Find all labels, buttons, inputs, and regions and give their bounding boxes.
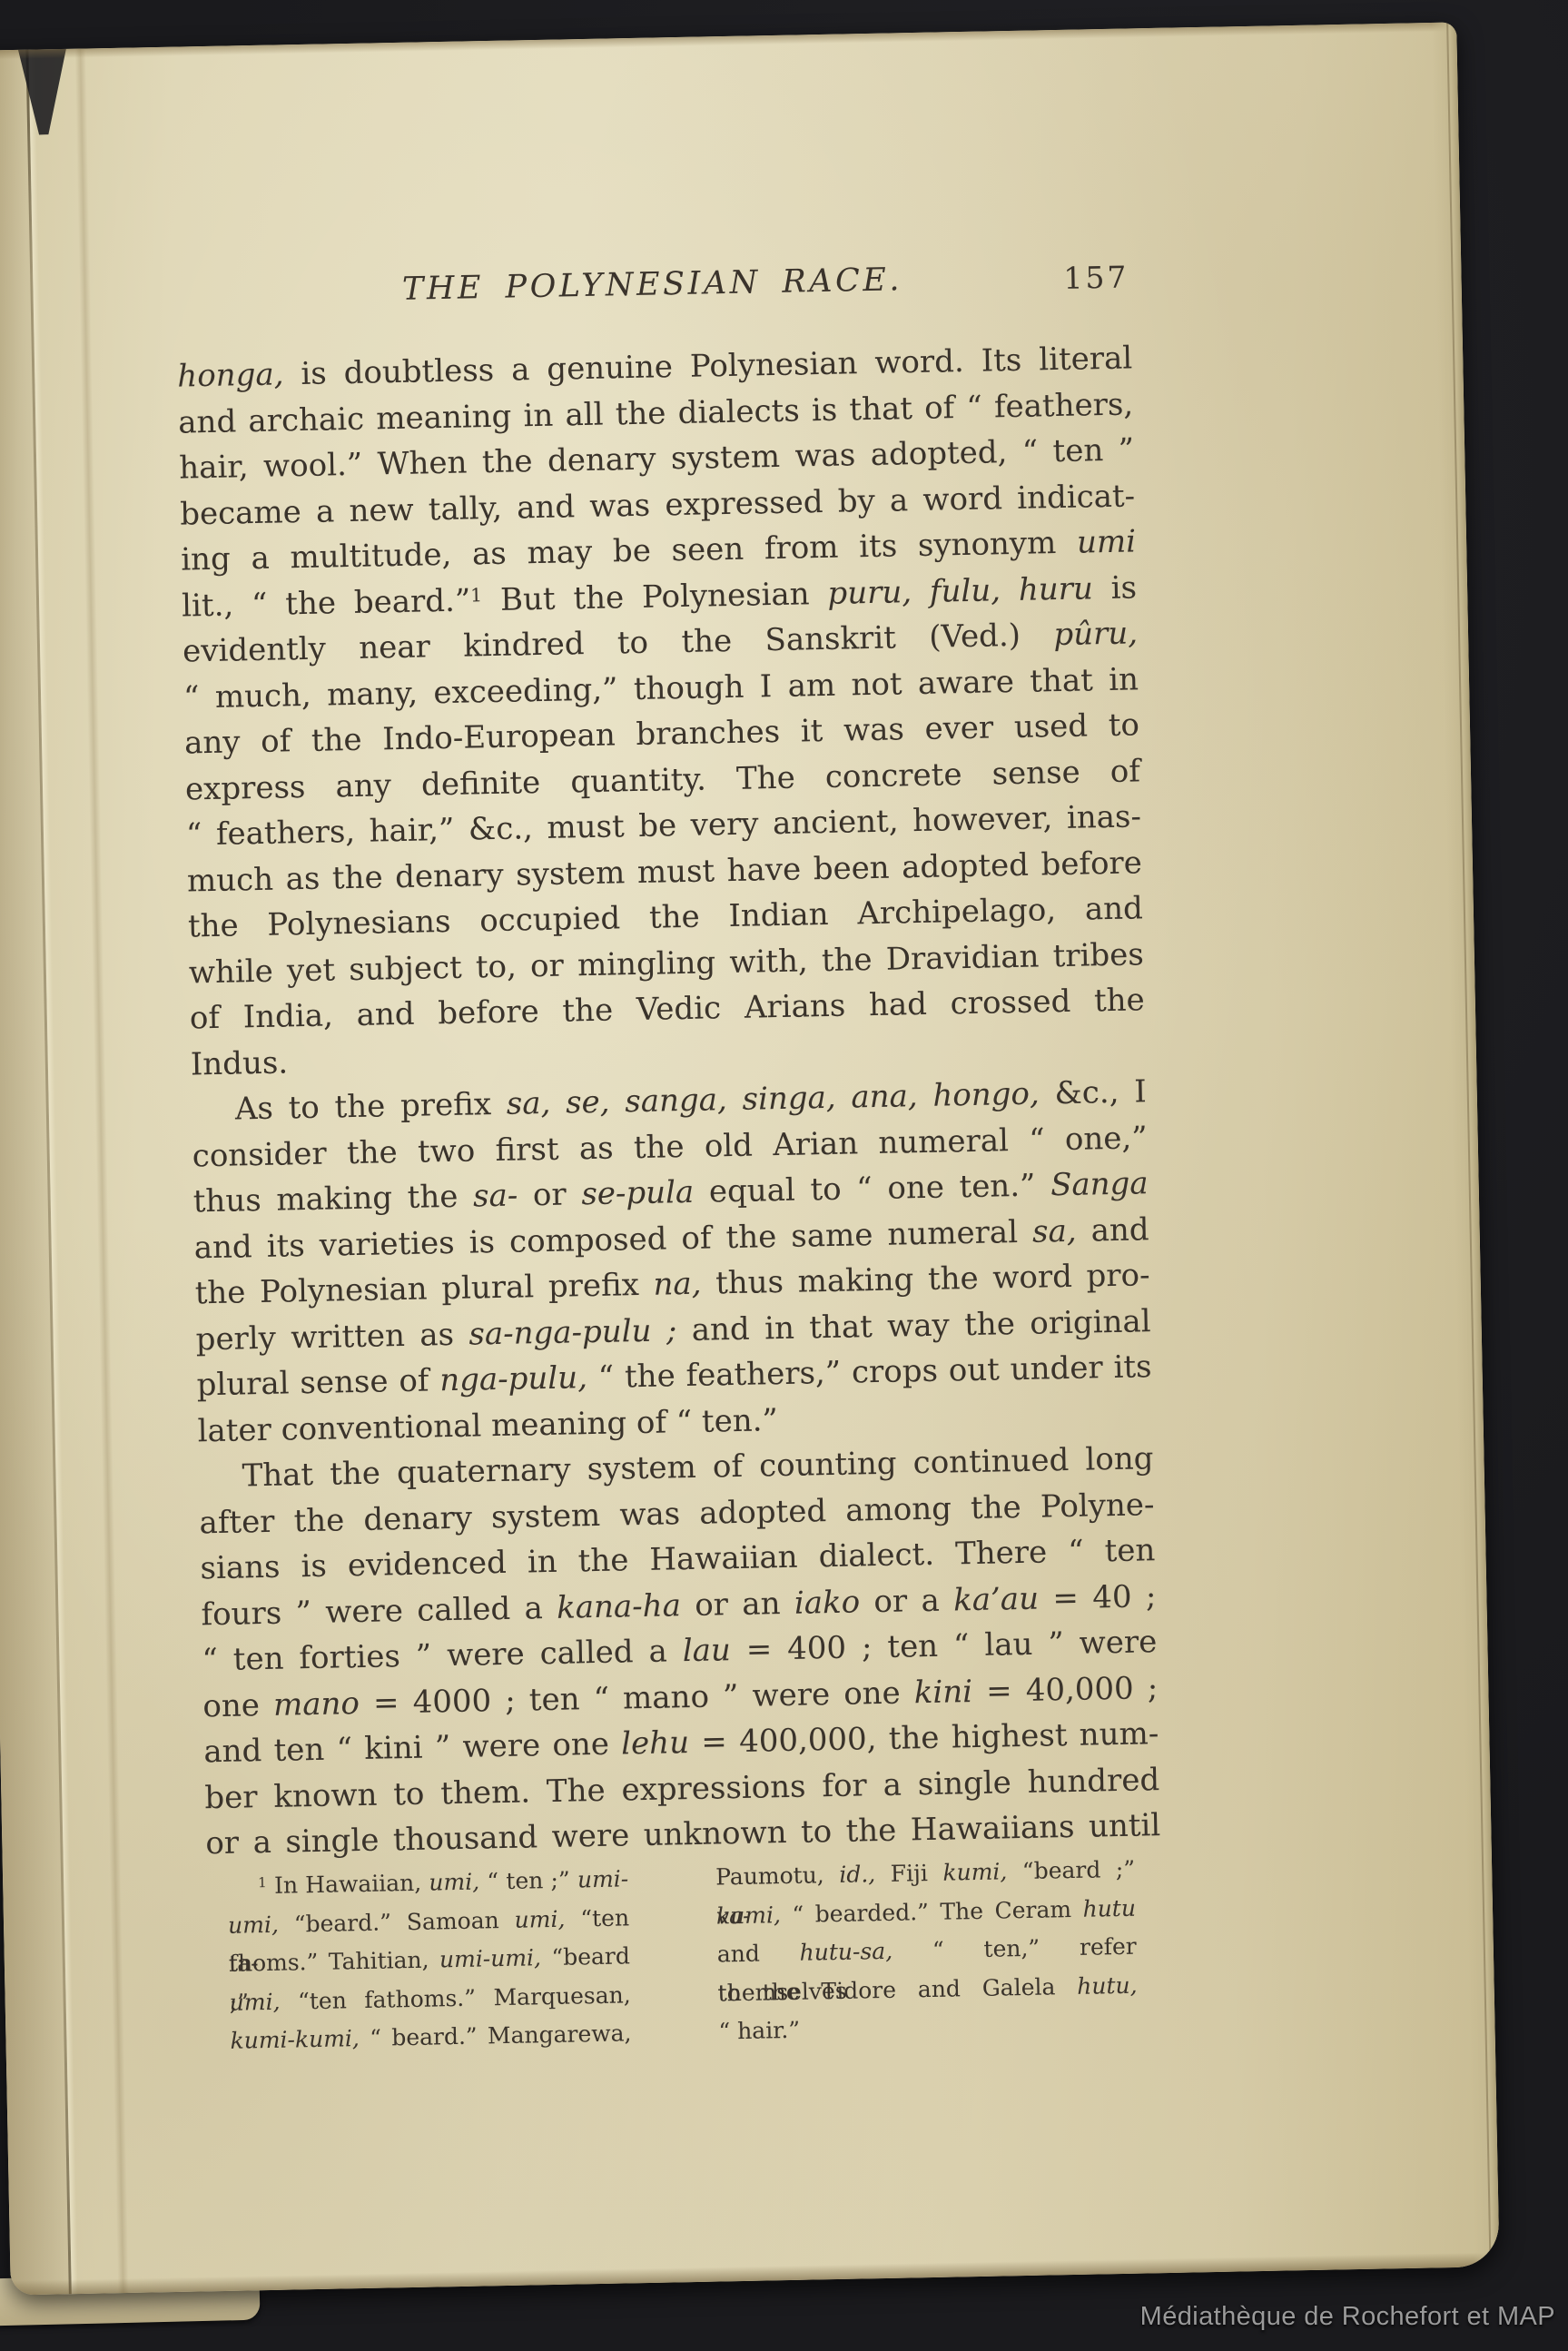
scanned-book-photo: { "colors": { "background": "#1a1a1d", "… — [0, 0, 1568, 2351]
footnote-column-right: Paumotu, id., Fiji kumi, “beard ;” va-ku… — [715, 1851, 1139, 2051]
footnote-column-left: 1 In Hawaiian, umi, “ ten ;” umi-umi, “b… — [227, 1860, 632, 2060]
footnote-line: to the Tidore and Galela hutu, — [717, 1966, 1138, 2012]
footnote-line: kumi-kumi, “ beard.” Mangarewa, — [230, 2014, 632, 2060]
body-text: honga, is doubtless a genuine Polynesian… — [177, 335, 1161, 1866]
book-page: THE POLYNESIAN RACE. 157 honga, is doubt… — [0, 22, 1500, 2295]
footnote-line: “ hair.” — [718, 2005, 1139, 2051]
page-number: 157 — [1063, 259, 1129, 295]
library-watermark: Médiathèque de Rochefort et MAP — [1140, 2302, 1555, 2332]
